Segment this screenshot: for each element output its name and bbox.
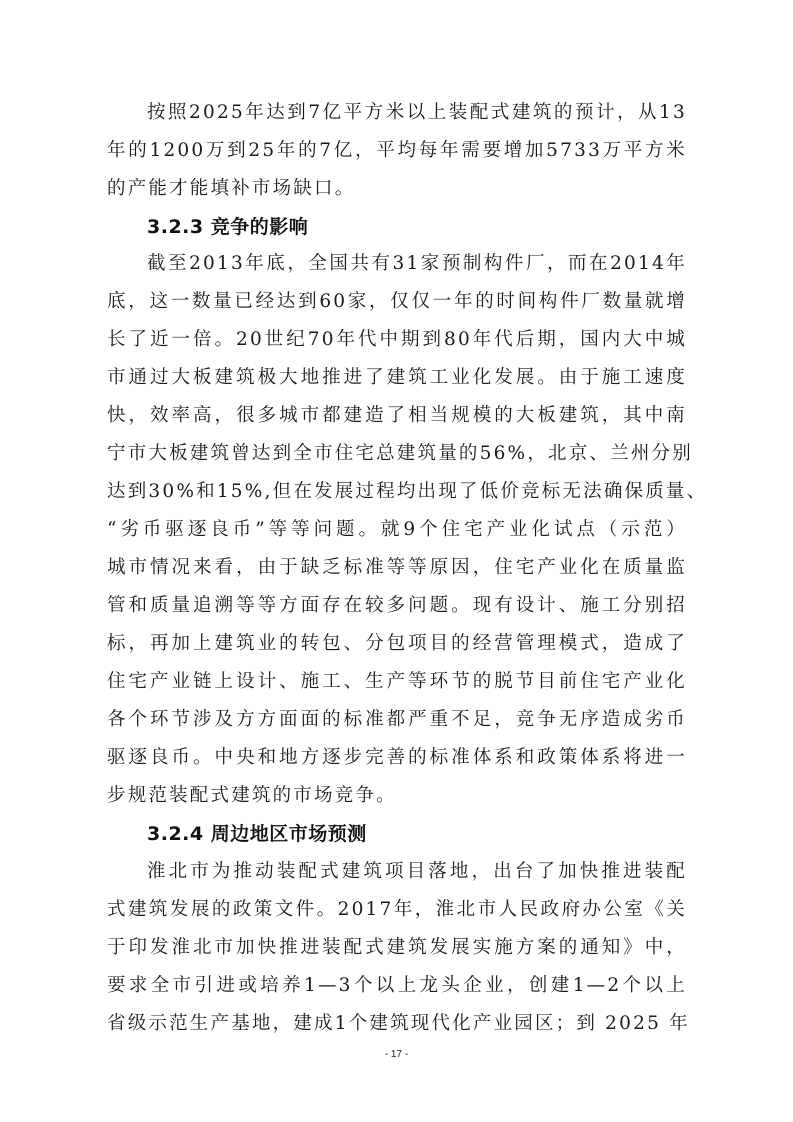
paragraph-line: 标，再加上建筑业的转包、分包项目的经营管理模式，造成了 — [107, 632, 687, 656]
paragraph-line: 宁市大板建筑曾达到全市住宅总建筑量的56%，北京、兰州分别 — [107, 442, 687, 466]
paragraph-line: 省级示范生产基地，建成1个建筑现代化产业园区；到 2025 年 — [107, 1012, 687, 1036]
paragraph-line: 管和质量追溯等等方面存在较多问题。现有设计、施工分别招 — [107, 594, 687, 618]
paragraph-line: 淮北市为推动装配式建筑项目落地，出台了加快推进装配 — [147, 860, 687, 884]
paragraph-line: 年的1200万到25年的7亿，平均每年需要增加5733万平方米 — [107, 139, 687, 163]
page-number: - 17 - — [0, 1049, 793, 1060]
paragraph-line: 各个环节涉及方方面面的标准都严重不足，竞争无序造成劣币 — [107, 708, 687, 732]
paragraph-line: “劣币驱逐良币”等等问题。就9个住宅产业化试点（示范） — [107, 518, 687, 542]
paragraph-line: 于印发淮北市加快推进装配式建筑发展实施方案的通知》中， — [107, 936, 687, 960]
paragraph-line: 截至2013年底，全国共有31家预制构件厂，而在2014年 — [147, 252, 687, 276]
paragraph-line: 驱逐良币。中央和地方逐步完善的标准体系和政策体系将进一 — [107, 746, 687, 770]
document-page: 按照2025年达到7亿平方米以上装配式建筑的预计，从13 年的1200万到25年… — [0, 0, 793, 1122]
paragraph-line: 快，效率高，很多城市都建造了相当规模的大板建筑，其中南 — [107, 404, 687, 428]
paragraph-line: 长了近一倍。20世纪70年代中期到80年代后期，国内大中城 — [107, 328, 687, 352]
paragraph-line: 住宅产业链上设计、施工、生产等环节的脱节目前住宅产业化 — [107, 670, 687, 694]
paragraph-line: 步规范装配式建筑的市场竞争。 — [107, 784, 687, 808]
section-heading-3-2-3: 3.2.3 竞争的影响 — [147, 215, 308, 239]
paragraph-line: 达到30%和15%,但在发展过程均出现了低价竞标无法确保质量、 — [107, 480, 687, 504]
paragraph-line: 的产能才能填补市场缺口。 — [107, 177, 687, 201]
paragraph-line: 按照2025年达到7亿平方米以上装配式建筑的预计，从13 — [147, 101, 687, 125]
section-heading-3-2-4: 3.2.4 周边地区市场预测 — [147, 822, 367, 846]
paragraph-line: 要求全市引进或培养1—3个以上龙头企业，创建1—2个以上 — [107, 974, 687, 998]
paragraph-line: 城市情况来看，由于缺乏标准等等原因，住宅产业化在质量监 — [107, 556, 687, 580]
paragraph-line: 底，这一数量已经达到60家，仅仅一年的时间构件厂数量就增 — [107, 290, 687, 314]
paragraph-line: 市通过大板建筑极大地推进了建筑工业化发展。由于施工速度 — [107, 366, 687, 390]
paragraph-line: 式建筑发展的政策文件。2017年，淮北市人民政府办公室《关 — [107, 898, 687, 922]
